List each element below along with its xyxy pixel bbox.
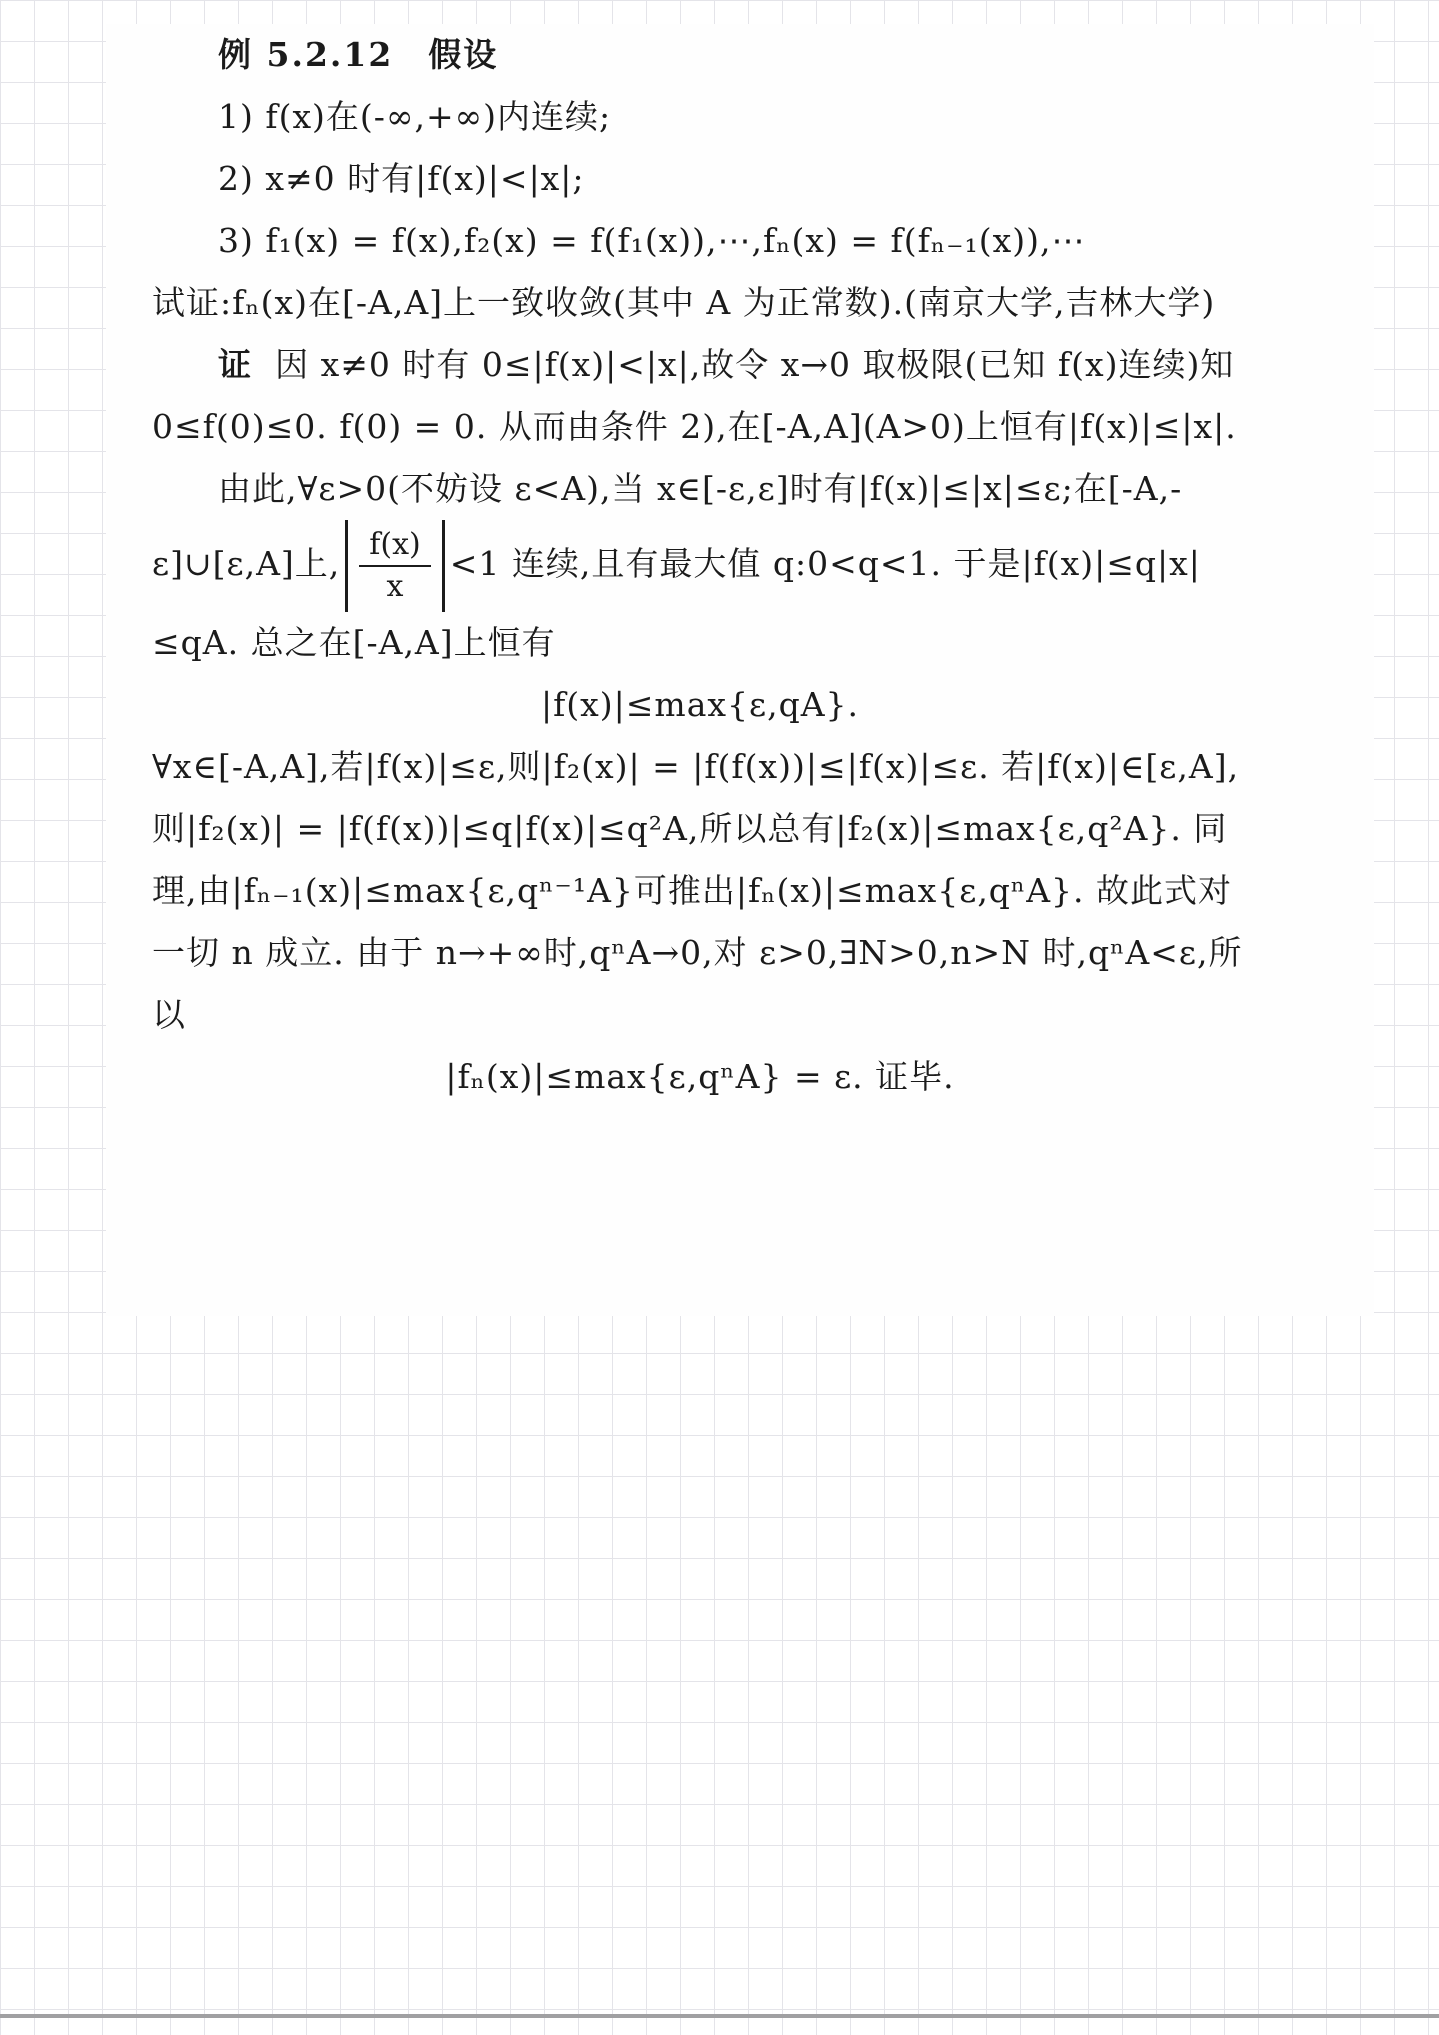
claim-statement: 试证:fₙ(x)在[-A,A]上一致收敛(其中 A 为正常数).(南京大学,吉林…	[152, 272, 1248, 334]
condition-2: 2) x≠0 时有|f(x)|<|x|;	[152, 148, 1248, 210]
displayed-equation-2: |fₙ(x)|≤max{ε,qⁿA} = ε. 证毕.	[152, 1046, 1248, 1108]
fraction-f-x-over-x: f(x)x	[359, 527, 430, 605]
book-page-scan: 例 5.2.12 假设 1) f(x)在(-∞,+∞)内连续; 2) x≠0 时…	[106, 24, 1374, 1316]
text-column: 例 5.2.12 假设 1) f(x)在(-∞,+∞)内连续; 2) x≠0 时…	[152, 24, 1248, 1108]
right-absolute-value-bar	[442, 520, 445, 612]
fraction-denominator: x	[387, 567, 404, 605]
displayed-equation-1: |f(x)|≤max{ε,qA}.	[152, 674, 1248, 736]
condition-1: 1) f(x)在(-∞,+∞)内连续;	[152, 86, 1248, 148]
scanner-edge-line	[0, 2014, 1439, 2018]
proof-paragraph-1-text: 因 x≠0 时有 0≤|f(x)|<|x|,故令 x→0 取极限(已知 f(x)…	[152, 345, 1237, 446]
left-absolute-value-bar	[345, 520, 348, 612]
fraction-numerator: f(x)	[359, 527, 430, 567]
proof-label: 证	[218, 345, 252, 384]
condition-3: 3) f₁(x) = f(x),f₂(x) = f(f₁(x)),⋯,fₙ(x)…	[152, 210, 1248, 272]
proof-paragraph-2: 由此,∀ε>0(不妨设 ε<A),当 x∈[-ε,ε]时有|f(x)|≤|x|≤…	[152, 458, 1248, 674]
scanned-page-background: { "page": { "bg": "#ffffff", "grid_color…	[0, 0, 1439, 2035]
proof-paragraph-3: ∀x∈[-A,A],若|f(x)|≤ε,则|f₂(x)| = |f(f(x))|…	[152, 736, 1248, 1046]
example-heading: 例 5.2.12 假设	[152, 24, 1248, 86]
proof-paragraph-1: 证因 x≠0 时有 0≤|f(x)|<|x|,故令 x→0 取极限(已知 f(x…	[152, 334, 1248, 458]
